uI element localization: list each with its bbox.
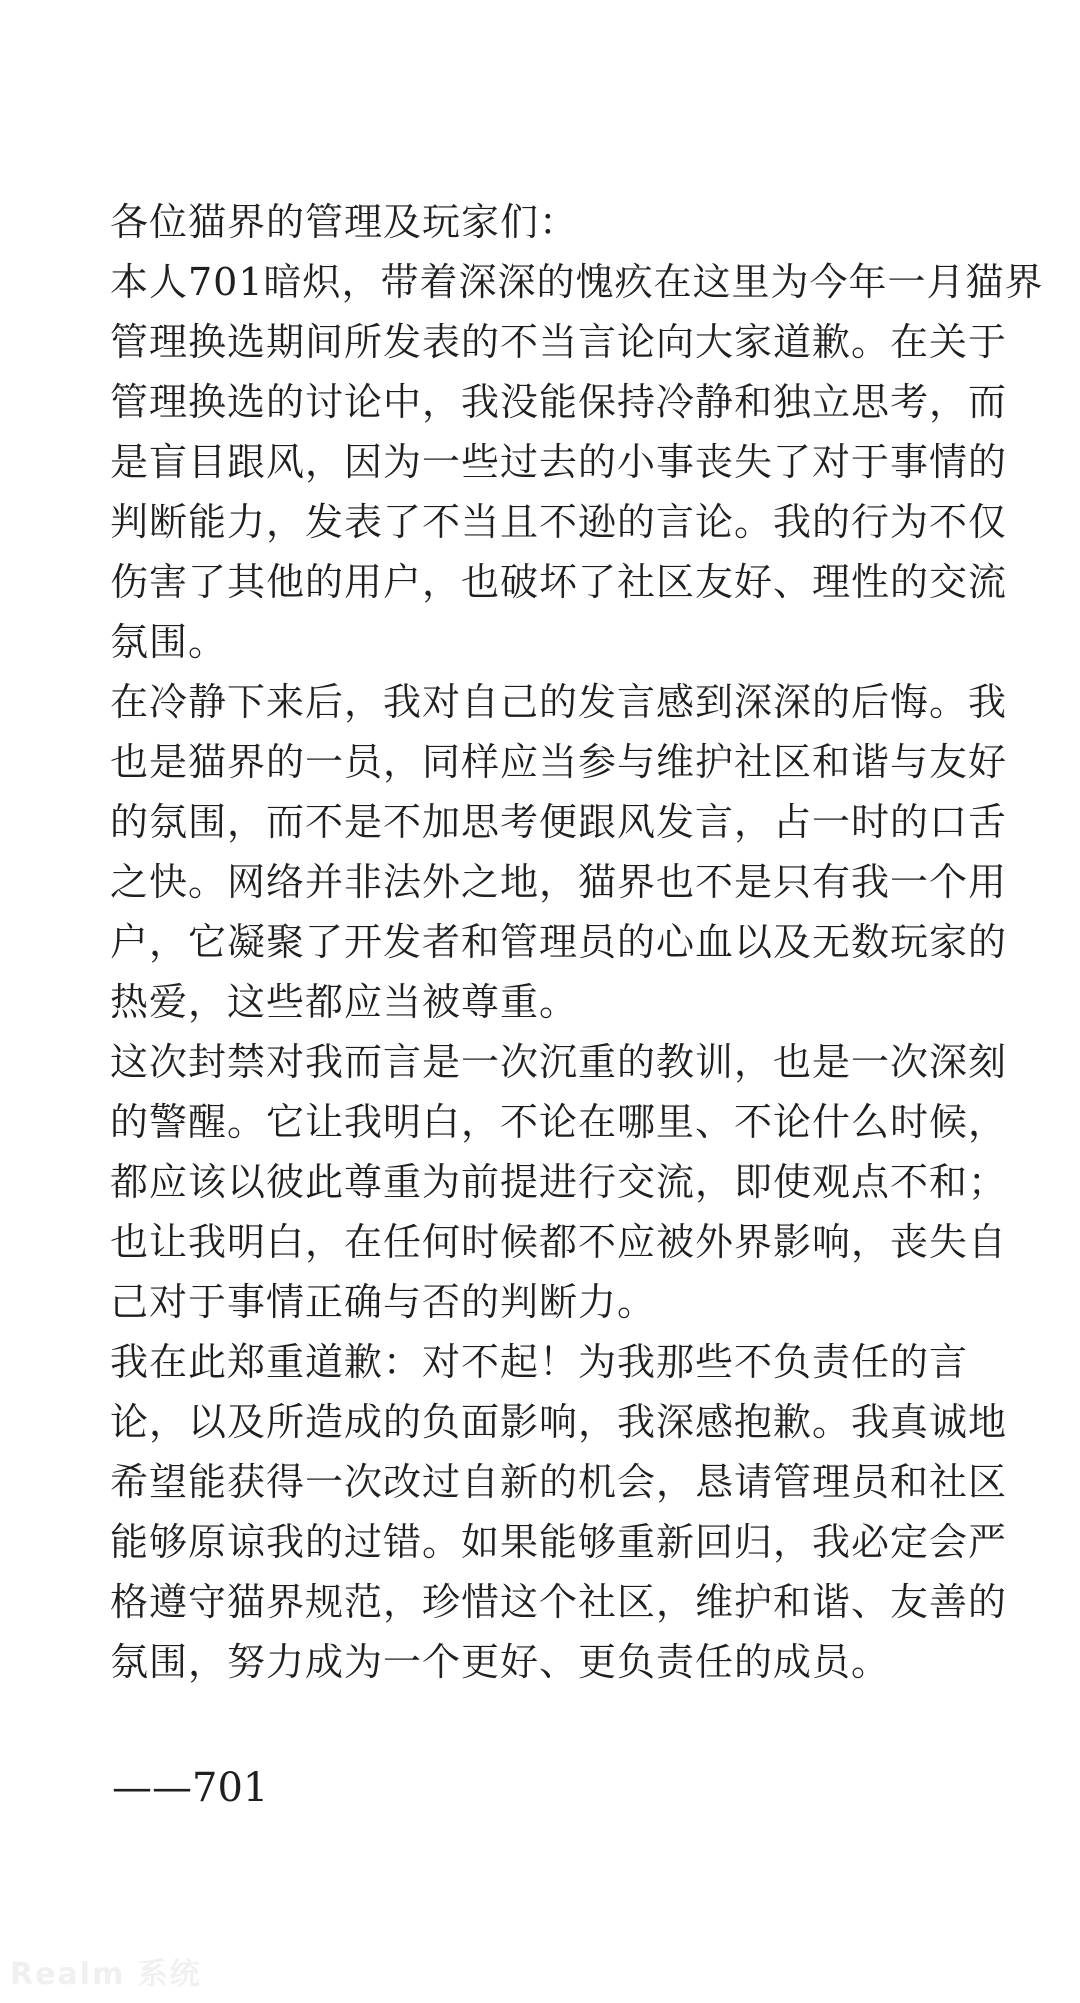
letter-line: 氛围，努力成为一个更好、更负责任的成员。 [110, 1632, 982, 1692]
letter-line: 判断能力，发表了不当且不逊的言论。我的行为不仅 [110, 492, 982, 552]
letter-line: 的警醒。它让我明白，不论在哪里、不论什么时候， [110, 1092, 982, 1152]
letter-line: 能够原谅我的过错。如果能够重新回归，我必定会严 [110, 1512, 982, 1572]
letter-salutation: 各位猫界的管理及玩家们： [110, 192, 982, 252]
apology-letter-page: 各位猫界的管理及玩家们： 本人701暗炽，带着深深的愧疚在这里为今年一月猫界 管… [0, 0, 1080, 2003]
letter-line: 伤害了其他的用户，也破坏了社区友好、理性的交流 [110, 552, 982, 612]
letter-line: 这次封禁对我而言是一次沉重的教训，也是一次深刻 [110, 1032, 982, 1092]
letter-line: 都应该以彼此尊重为前提进行交流，即使观点不和； [110, 1152, 982, 1212]
apology-letter-body: 各位猫界的管理及玩家们： 本人701暗炽，带着深深的愧疚在这里为今年一月猫界 管… [110, 192, 982, 1692]
letter-line: 户，它凝聚了开发者和管理员的心血以及无数玩家的 [110, 912, 982, 972]
letter-line: 也让我明白，在任何时候都不应被外界影响，丧失自 [110, 1212, 982, 1272]
letter-line: 热爱，这些都应当被尊重。 [110, 972, 982, 1032]
letter-line: 格遵守猫界规范，珍惜这个社区，维护和谐、友善的 [110, 1572, 982, 1632]
letter-line: 希望能获得一次改过自新的机会，恳请管理员和社区 [110, 1452, 982, 1512]
letter-line: 氛围。 [110, 612, 982, 672]
letter-line: 论，以及所造成的负面影响，我深感抱歉。我真诚地 [110, 1392, 982, 1452]
letter-line: 的氛围，而不是不加思考便跟风发言，占一时的口舌 [110, 792, 982, 852]
letter-line: 是盲目跟风，因为一些过去的小事丧失了对于事情的 [110, 432, 982, 492]
letter-line: 本人701暗炽，带着深深的愧疚在这里为今年一月猫界 [110, 252, 982, 312]
letter-signature: ——701 [112, 1758, 268, 1818]
letter-line: 在冷静下来后，我对自己的发言感到深深的后悔。我 [110, 672, 982, 732]
letter-line: 之快。网络并非法外之地，猫界也不是只有我一个用 [110, 852, 982, 912]
letter-line: 管理换选期间所发表的不当言论向大家道歉。在关于 [110, 312, 982, 372]
letter-line: 我在此郑重道歉：对不起！为我那些不负责任的言 [110, 1332, 982, 1392]
letter-line: 管理换选的讨论中，我没能保持冷静和独立思考，而 [110, 372, 982, 432]
realm-watermark: Realm 系统 [10, 1958, 202, 1992]
letter-line: 己对于事情正确与否的判断力。 [110, 1272, 982, 1332]
letter-line: 也是猫界的一员，同样应当参与维护社区和谐与友好 [110, 732, 982, 792]
